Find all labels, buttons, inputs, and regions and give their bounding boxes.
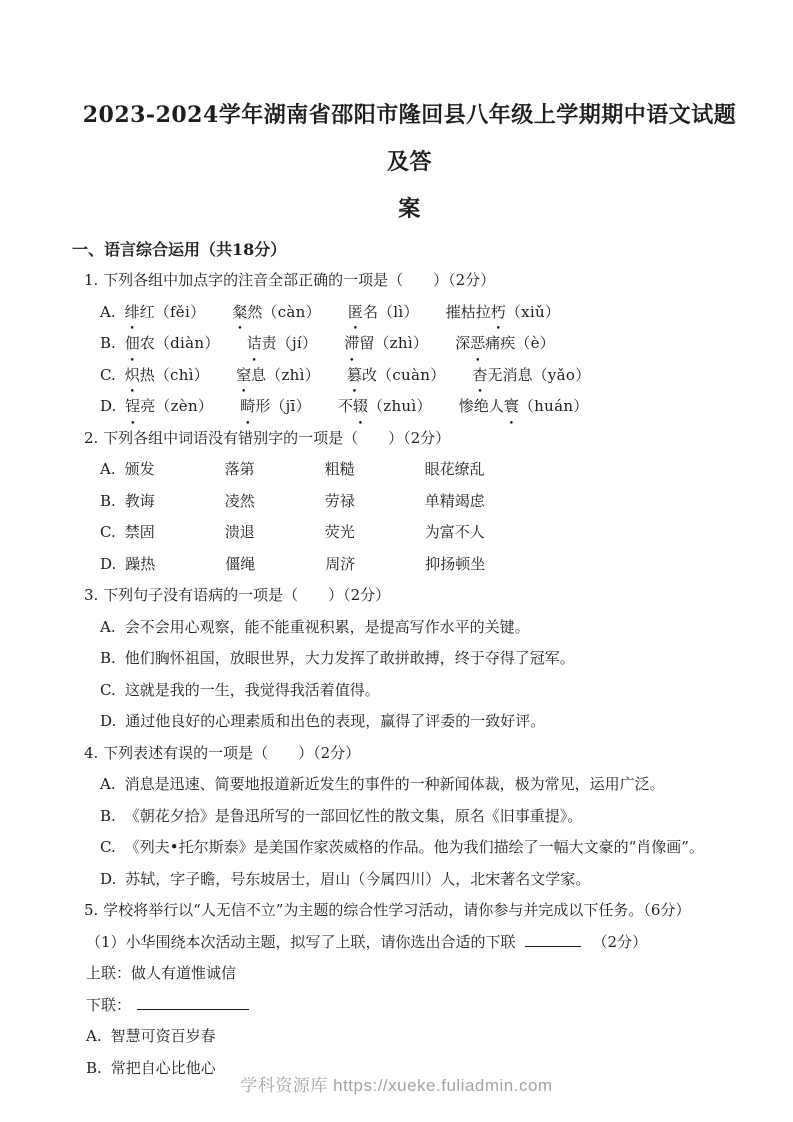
option-row: A.绯红（fěi）粲然（càn）匿名（lì）摧枯拉朽（xiǔ） xyxy=(100,297,747,329)
option-row: C.禁固溃退荧光为富不人 xyxy=(100,517,747,549)
pinyin-text: （cuàn） xyxy=(377,366,445,384)
option-label: C. xyxy=(100,681,116,699)
option-word: 禁固 xyxy=(125,517,225,549)
option-row: B.教诲凌然劳禄单精竭虑 xyxy=(100,486,747,518)
dotted-word: 畸形 xyxy=(240,397,270,415)
char: 名 xyxy=(363,297,378,329)
char: 农 xyxy=(140,328,155,360)
dotted-word: 摧枯拉朽 xyxy=(446,303,506,321)
option-text: 消息是迅速、简要地报道新近发生的事件的一种新闻体裁，极为常见，运用广泛。 xyxy=(125,775,665,793)
page-title: 2023-2024学年湖南省邵阳市隆回县八年级上学期期中语文试题及答案 xyxy=(72,92,747,233)
option-row: C.《列夫•托尔斯泰》是美国作家茨威格的作品。他为我们描绘了一幅大文豪的“肖像画… xyxy=(100,832,747,864)
option-word: 凌然 xyxy=(225,486,325,518)
option-text: 苏轼，字子瞻，号东坡居士，眉山（今属四川）人，北宋著名文学家。 xyxy=(125,870,590,888)
dotted-word: 杳无消息 xyxy=(473,366,533,384)
pinyin-text: （zhì） xyxy=(266,366,320,384)
pinyin-item: 摧枯拉朽（xiǔ） xyxy=(446,297,560,329)
option-word: 粗糙 xyxy=(325,454,425,486)
option-row: D.锃亮（zèn）畸形（jī）不辍（zhuì）惨绝人寰（huán） xyxy=(100,391,747,423)
pinyin-text: （zhì） xyxy=(374,334,428,352)
char: 改 xyxy=(362,360,377,392)
option-word: 颁发 xyxy=(125,454,225,486)
question-stem: 5. 学校将举行以“人无信不立”为主题的综合性学习活动，请你参与并完成以下任务。… xyxy=(84,895,747,927)
char: 痛 xyxy=(485,328,500,360)
option-label: C. xyxy=(100,838,116,856)
char: 不 xyxy=(338,391,353,423)
char: 疾 xyxy=(500,328,515,360)
char: 亮 xyxy=(140,391,155,423)
dotted-word: 不辍 xyxy=(338,397,368,415)
option-word: 眼花缭乱 xyxy=(425,454,485,486)
option-text: 智慧可资百岁春 xyxy=(111,1027,216,1045)
dotted-word: 佃农 xyxy=(125,334,155,352)
option-word: 为富不人 xyxy=(425,517,485,549)
dotted-word: 篡改 xyxy=(347,366,377,384)
option-word: 单精竭虑 xyxy=(425,486,485,518)
pinyin-text: （è） xyxy=(515,334,555,352)
pinyin-text: （xiǔ） xyxy=(506,303,560,321)
pinyin-text: （diàn） xyxy=(155,334,220,352)
pinyin-text: （zhuì） xyxy=(368,397,432,415)
char: 炽 xyxy=(125,360,140,392)
option-label: B. xyxy=(100,334,116,352)
second-couplet-line: 下联： xyxy=(86,990,747,1022)
question-stem: 4. 下列表述有误的一项是（ ）（2分） xyxy=(84,738,747,770)
dotted-word: 炽热 xyxy=(125,366,155,384)
questions-container: 1. 下列各组中加点字的注音全部正确的一项是（ ）（2分）A.绯红（fěi）粲然… xyxy=(72,265,747,1084)
option-row: C.这就是我的一生，我觉得我活着值得。 xyxy=(100,675,747,707)
pinyin-text: （chì） xyxy=(155,366,209,384)
option-word: 落第 xyxy=(225,454,325,486)
dotted-word: 锃亮 xyxy=(125,397,155,415)
dotted-word: 绯红 xyxy=(125,303,155,321)
option-row: A.颁发落第粗糙眼花缭乱 xyxy=(100,454,747,486)
sub-question-text: （1）小华围绕本次活动主题，拟写了上联，请你选出合适的下联 xyxy=(86,933,516,951)
pinyin-item: 深恶痛疾（è） xyxy=(455,328,555,360)
char: 朽 xyxy=(491,297,506,329)
option-row: B.《朝花夕拾》是鲁迅所写的一部回忆性的散文集，原名《旧事重提》。 xyxy=(100,801,747,833)
footer-watermark: 学科资源库 https://xueke.fuliadmin.com xyxy=(0,1071,793,1096)
option-word: 劳禄 xyxy=(325,486,425,518)
pinyin-item: 杳无消息（yǎo） xyxy=(473,360,591,392)
char: 绯 xyxy=(125,297,140,329)
couplet-answer-blank xyxy=(137,994,249,1010)
option-label: D. xyxy=(100,870,116,888)
pinyin-item: 滞留（zhì） xyxy=(344,328,428,360)
pinyin-item: 不辍（zhuì） xyxy=(338,391,432,423)
option-row: B.他们胸怀祖国，放眼世界，大力发挥了敢拼敢搏，终于夺得了冠军。 xyxy=(100,643,747,675)
dotted-word: 窒息 xyxy=(236,366,266,384)
option-row: A.消息是迅速、简要地报道新近发生的事件的一种新闻体裁，极为常见，运用广泛。 xyxy=(100,769,747,801)
dotted-word: 诘责 xyxy=(247,334,277,352)
char: 消 xyxy=(503,360,518,392)
char: 惨 xyxy=(459,391,474,423)
option-label: C. xyxy=(100,523,116,541)
option-label: B. xyxy=(100,807,116,825)
option-text: 《朝花夕拾》是鲁迅所写的一部回忆性的散文集，原名《旧事重提》。 xyxy=(125,807,583,825)
option-label: A. xyxy=(100,460,116,478)
char: 拉 xyxy=(476,297,491,329)
dotted-word: 惨绝人寰 xyxy=(459,397,519,415)
pinyin-item: 绯红（fěi） xyxy=(125,297,206,329)
char: 绝 xyxy=(474,391,489,423)
page-title-line2: 案 xyxy=(398,196,421,222)
option-text: 他们胸怀祖国，放眼世界，大力发挥了敢拼敢搏，终于夺得了冠军。 xyxy=(125,649,575,667)
char: 枯 xyxy=(461,297,476,329)
pinyin-item: 粲然（càn） xyxy=(232,297,321,329)
dotted-word: 粲然 xyxy=(232,303,262,321)
pinyin-item: 惨绝人寰（huán） xyxy=(459,391,589,423)
dotted-word: 深恶痛疾 xyxy=(455,334,515,352)
footer-text: 学科资源库 https://xueke.fuliadmin.com xyxy=(240,1076,552,1095)
option-label: A. xyxy=(100,775,116,793)
option-label: A. xyxy=(100,618,116,636)
option-row: B.佃农（diàn）诘责（jí）滞留（zhì）深恶痛疾（è） xyxy=(100,328,747,360)
pinyin-text: （yǎo） xyxy=(533,366,591,384)
sub-question: （1）小华围绕本次活动主题，拟写了上联，请你选出合适的下联（2分） xyxy=(86,927,747,959)
option-label: D. xyxy=(100,712,116,730)
option-word: 荧光 xyxy=(325,517,425,549)
char: 篡 xyxy=(347,360,362,392)
option-label: C. xyxy=(100,366,116,384)
pinyin-item: 佃农（diàn） xyxy=(125,328,220,360)
question-stem: 1. 下列各组中加点字的注音全部正确的一项是（ ）（2分） xyxy=(84,265,747,297)
first-couplet-line: 上联：做人有道惟诚信 xyxy=(86,958,747,990)
option-word: 僵绳 xyxy=(225,549,325,581)
char: 杳 xyxy=(473,360,488,392)
char: 热 xyxy=(140,360,155,392)
option-text: 会不会用心观察，能不能重视积累，是提高写作水平的关键。 xyxy=(125,618,530,636)
answer-blank xyxy=(525,931,581,947)
pinyin-item: 窒息（zhì） xyxy=(236,360,320,392)
char: 窒 xyxy=(236,360,251,392)
option-word: 躁热 xyxy=(125,549,225,581)
char: 责 xyxy=(262,328,277,360)
option-row: A.智慧可资百岁春 xyxy=(86,1021,747,1053)
char: 匿 xyxy=(348,297,363,329)
option-row: D.苏轼，字子瞻，号东坡居士，眉山（今属四川）人，北宋著名文学家。 xyxy=(100,864,747,896)
char: 形 xyxy=(255,391,270,423)
option-label: B. xyxy=(100,649,116,667)
char: 息 xyxy=(251,360,266,392)
pinyin-text: （huán） xyxy=(519,397,589,415)
char: 恶 xyxy=(470,328,485,360)
option-row: C.炽热（chì）窒息（zhì）篡改（cuàn）杳无消息（yǎo） xyxy=(100,360,747,392)
char: 然 xyxy=(247,297,262,329)
pinyin-text: （fěi） xyxy=(155,303,206,321)
pinyin-item: 诘责（jí） xyxy=(247,328,318,360)
char: 摧 xyxy=(446,297,461,329)
char: 息 xyxy=(518,360,533,392)
question-stem: 3. 下列句子没有语病的一项是（ ）（2分） xyxy=(84,580,747,612)
char: 人 xyxy=(489,391,504,423)
option-label: A. xyxy=(86,1027,102,1045)
char: 深 xyxy=(455,328,470,360)
option-row: D.通过他良好的心理素质和出色的表现，赢得了评委的一致好评。 xyxy=(100,706,747,738)
option-label: A. xyxy=(100,303,116,321)
pinyin-item: 匿名（lì） xyxy=(348,297,419,329)
option-row: D.躁热僵绳周济抑扬顿坐 xyxy=(100,549,747,581)
option-label: D. xyxy=(100,555,116,573)
char: 红 xyxy=(140,297,155,329)
char: 诘 xyxy=(247,328,262,360)
pinyin-text: （zèn） xyxy=(155,397,213,415)
page-title-line1: 2023-2024学年湖南省邵阳市隆回县八年级上学期期中语文试题及答 xyxy=(83,102,737,175)
char: 畸 xyxy=(240,391,255,423)
section-heading: 一、语言综合运用（共18分） xyxy=(72,235,747,265)
option-row: A.会不会用心观察，能不能重视积累，是提高写作水平的关键。 xyxy=(100,612,747,644)
option-label: D. xyxy=(100,397,116,415)
option-word: 教诲 xyxy=(125,486,225,518)
pinyin-item: 锃亮（zèn） xyxy=(125,391,213,423)
option-word: 溃退 xyxy=(225,517,325,549)
question-stem: 2. 下列各组中词语没有错别字的一项是（ ）（2分） xyxy=(84,423,747,455)
char: 寰 xyxy=(504,391,519,423)
pinyin-text: （jí） xyxy=(277,334,318,352)
option-word: 周济 xyxy=(325,549,425,581)
pinyin-text: （càn） xyxy=(262,303,321,321)
char: 留 xyxy=(359,328,374,360)
dotted-word: 滞留 xyxy=(344,334,374,352)
sub-question-score: （2分） xyxy=(593,933,648,951)
char: 佃 xyxy=(125,328,140,360)
pinyin-item: 炽热（chì） xyxy=(125,360,209,392)
char: 无 xyxy=(488,360,503,392)
char: 辍 xyxy=(353,391,368,423)
char: 粲 xyxy=(232,297,247,329)
second-couplet-label: 下联： xyxy=(86,996,131,1014)
exam-document-page: 2023-2024学年湖南省邵阳市隆回县八年级上学期期中语文试题及答案 一、语言… xyxy=(0,0,793,1122)
pinyin-text: （lì） xyxy=(378,303,419,321)
option-text: 这就是我的一生，我觉得我活着值得。 xyxy=(125,681,380,699)
option-text: 通过他良好的心理素质和出色的表现，赢得了评委的一致好评。 xyxy=(125,712,545,730)
pinyin-item: 篡改（cuàn） xyxy=(347,360,446,392)
option-text: 《列夫•托尔斯泰》是美国作家茨威格的作品。他为我们描绘了一幅大文豪的“肖像画”。 xyxy=(125,838,704,856)
dotted-word: 匿名 xyxy=(348,303,378,321)
pinyin-text: （jī） xyxy=(270,397,311,415)
option-word: 抑扬顿坐 xyxy=(425,549,485,581)
char: 滞 xyxy=(344,328,359,360)
pinyin-item: 畸形（jī） xyxy=(240,391,311,423)
option-label: B. xyxy=(100,492,116,510)
char: 锃 xyxy=(125,391,140,423)
